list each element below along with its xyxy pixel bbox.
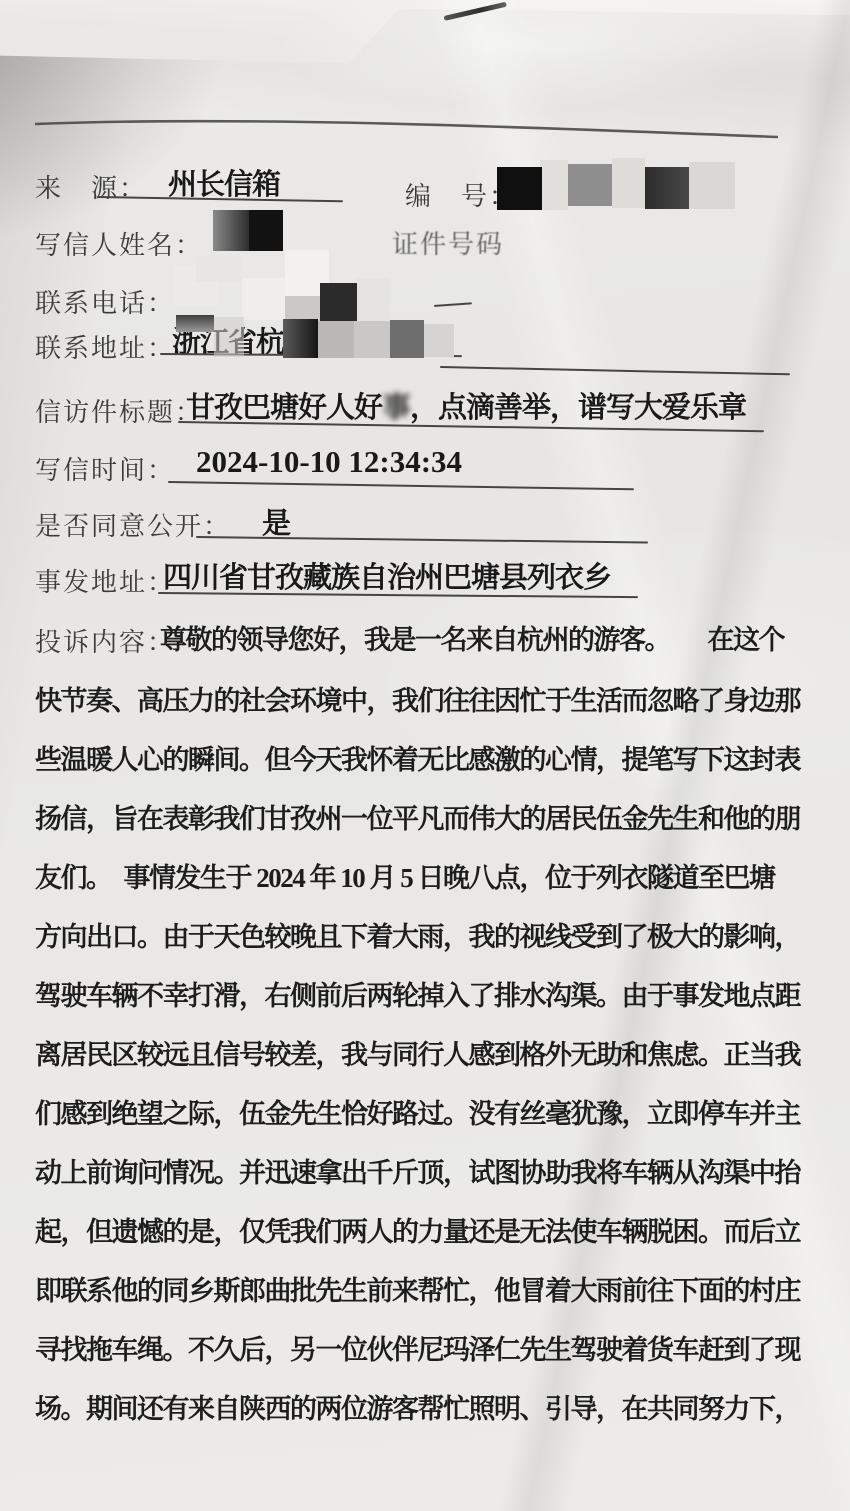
complaint-line: 寻找拖车绳。不久后，另一位伙伴尼玛泽仁先生驾驶着货车赶到了现 [35, 1328, 800, 1367]
incident-address-label: 事发地址： [35, 562, 175, 599]
complaint-line: 起，但遗憾的是，仅凭我们两人的力量还是无法使车辆脱困。而后立 [35, 1210, 800, 1249]
phone-label: 联系电话： [35, 283, 175, 320]
mosaic-square [689, 162, 735, 209]
mosaic-square [354, 321, 390, 358]
mosaic-square [356, 278, 390, 321]
redaction-box-address [283, 319, 318, 358]
source-label: 来 源： [35, 168, 147, 205]
complaint-line: 些温暖人心的瞬间。但今天我怀着无比感激的心情，提笔写下这封表 [35, 738, 800, 777]
complaint-line: 方向出口。由于天色较晚且下着大雨，我的视线受到了极大的影响， [35, 915, 800, 954]
mosaic-square [318, 321, 354, 358]
complaint-line: 驾驶车辆不幸打滑，右侧前后两轮掉入了排水沟渠。由于事发地点距 [35, 974, 800, 1013]
complaint-line: 们感到绝望之际，伍金先生恰好路过。没有丝毫犹豫，立即停车并主 [35, 1092, 800, 1131]
mosaic-square-dark [176, 315, 214, 332]
complaint-line: 动上前询问情况。并迅速拿出千斤顶，试图协助我将车辆从沟渠中抬 [35, 1151, 800, 1190]
complaint-line: 快节奏、高压力的社会环境中，我们往往因忙于生活而忽略了身边那 [35, 679, 800, 718]
complaint-label: 投诉内容： [35, 622, 175, 659]
mosaic-square [196, 256, 242, 282]
letter-title-value-rest: ，点滴善举，谱写大爱乐章 [410, 392, 746, 424]
mosaic-square [242, 278, 285, 320]
redaction-box-number-1 [497, 167, 542, 210]
letter-title-label: 信访件标题： [35, 392, 203, 429]
short-dash [434, 302, 472, 307]
public-consent-value: 是 [262, 501, 290, 542]
scanned-petition-letter: 来 源： 州长信箱 编 号： 写信人姓名： 证件号码 联系电话： 联系地址： 浙… [0, 0, 850, 1511]
underline-write-time [168, 481, 634, 491]
redaction-box-name-2 [249, 210, 283, 251]
complaint-line: 扬信，旨在表彰我们甘孜州一位平凡而伟大的居民伍金先生和他的朋 [35, 797, 800, 836]
complaint-line: 即联系他的同乡斯郎曲批先生前来帮忙，他冒着大雨前往下面的村庄 [35, 1269, 800, 1308]
top-horizontal-rule [0, 0, 850, 160]
redaction-box-phone [320, 283, 357, 324]
mosaic-square [540, 160, 568, 210]
write-time-label: 写信时间： [35, 450, 175, 487]
letter-title-smudged-char: 事 [382, 392, 410, 424]
complaint-line: 场。期间还有来自陕西的两位游客帮忙照明、引导，在共同努力下， [35, 1387, 800, 1426]
writer-name-label: 写信人姓名： [35, 225, 203, 262]
mosaic-square [424, 324, 454, 357]
underline-id-number [440, 366, 790, 376]
complaint-line: 离居民区较远且信号较差，我与同行人感到格外无助和焦虑。正当我 [35, 1033, 800, 1072]
mosaic-square [214, 317, 244, 357]
complaint-line: 尊敬的领导您好，我是一名来自杭州的游客。 在这个 [160, 618, 784, 657]
redaction-box-address-2 [390, 320, 424, 358]
write-time-value: 2024-10-10 12:34:34 [196, 444, 462, 480]
complaint-line: 友们。 事情发生于 2024 年 10 月 5 日晚八点，位于列衣隧道至巴塘 [35, 856, 775, 895]
contact-address-label: 联系地址： [35, 328, 175, 365]
mosaic-square [612, 158, 645, 208]
incident-address-value: 四川省甘孜藏族自治州巴塘县列衣乡 [163, 555, 611, 596]
redaction-box-number-2 [568, 164, 612, 206]
redaction-box-name-1 [213, 210, 249, 251]
id-number-label: 证件号码 [392, 224, 504, 261]
letter-title-value: 甘孜巴塘好人好 [186, 392, 382, 424]
redaction-box-number-3 [645, 167, 689, 209]
